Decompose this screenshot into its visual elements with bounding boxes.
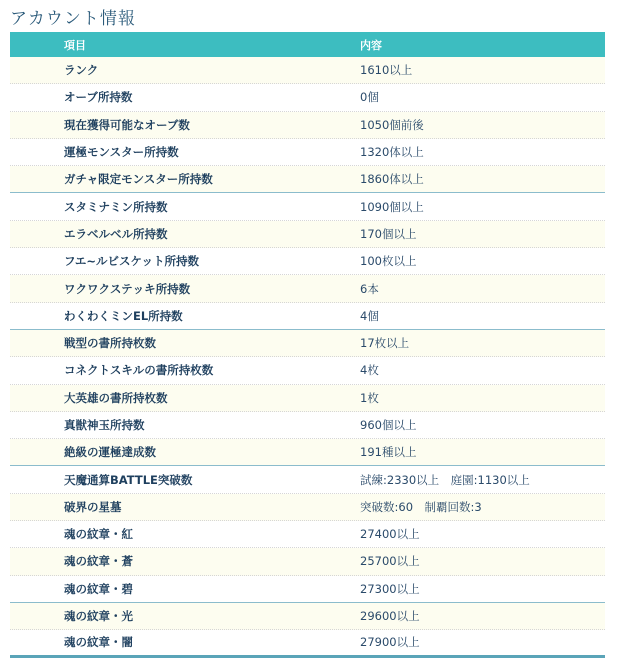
table-row: コネクトスキルの書所持枚数4枚 <box>10 357 605 384</box>
row-label: コネクトスキルの書所持枚数 <box>10 362 308 378</box>
row-value: 1090個以上 <box>308 199 605 215</box>
table-row: 天魔通算BATTLE突破数試練:2330以上 庭園:1130以上 <box>10 466 605 493</box>
table-row: エラベルベル所持数170個以上 <box>10 221 605 248</box>
row-label: 運極モンスター所持数 <box>10 144 308 160</box>
row-value: 27300以上 <box>308 581 605 597</box>
row-value: 1050個前後 <box>308 117 605 133</box>
row-label: 絶級の運極達成数 <box>10 444 308 460</box>
table-row: 魂の紋章・光29600以上 <box>10 603 605 630</box>
row-label: 魂の紋章・碧 <box>10 581 308 597</box>
row-label: わくわくミンEL所持数 <box>10 308 308 324</box>
page-title: アカウント情報 <box>10 4 136 29</box>
row-label: 大英雄の書所持枚数 <box>10 390 308 406</box>
row-label: エラベルベル所持数 <box>10 226 308 242</box>
row-value: 170個以上 <box>308 226 605 242</box>
row-label: フエ~ルビスケット所持数 <box>10 253 308 269</box>
table-row: 戦型の書所持枚数17枚以上 <box>10 330 605 357</box>
row-label: 魂の紋章・蒼 <box>10 553 308 569</box>
row-value: 27900以上 <box>308 634 605 650</box>
row-label: 魂の紋章・紅 <box>10 526 308 542</box>
row-label: 破界の星墓 <box>10 499 308 515</box>
table-row: 魂の紋章・闇27900以上 <box>10 630 605 657</box>
table-row: 真獣神玉所持数960個以上 <box>10 412 605 439</box>
row-label: ガチャ限定モンスター所持数 <box>10 171 308 187</box>
row-value: 960個以上 <box>308 417 605 433</box>
row-label: 戦型の書所持枚数 <box>10 335 308 351</box>
row-label: 真獣神玉所持数 <box>10 417 308 433</box>
account-info-table: 項目 内容 ランク1610以上 オーブ所持数0個 現在獲得可能なオーブ数1050… <box>10 32 605 658</box>
row-label: 天魔通算BATTLE突破数 <box>10 472 308 488</box>
table-row: 運極モンスター所持数1320体以上 <box>10 139 605 166</box>
row-value: 191種以上 <box>308 444 605 460</box>
row-label: 魂の紋章・闇 <box>10 634 308 650</box>
row-value: 25700以上 <box>308 553 605 569</box>
row-value: 27400以上 <box>308 526 605 542</box>
table-row: オーブ所持数0個 <box>10 84 605 111</box>
row-label: 現在獲得可能なオーブ数 <box>10 117 308 133</box>
row-value: 4個 <box>308 308 605 324</box>
table-row: 現在獲得可能なオーブ数1050個前後 <box>10 112 605 139</box>
table-row: 大英雄の書所持枚数1枚 <box>10 385 605 412</box>
row-value: 1320体以上 <box>308 144 605 160</box>
row-value: 1610以上 <box>308 62 605 78</box>
row-label: ランク <box>10 62 308 78</box>
row-label: スタミナミン所持数 <box>10 199 308 215</box>
row-value: 100枚以上 <box>308 253 605 269</box>
row-value: 6本 <box>308 281 605 297</box>
header-content: 内容 <box>308 37 605 53</box>
row-value: 1枚 <box>308 390 605 406</box>
row-value: 0個 <box>308 89 605 105</box>
table-row: スタミナミン所持数1090個以上 <box>10 193 605 220</box>
table-row: ランク1610以上 <box>10 57 605 84</box>
table-row: わくわくミンEL所持数4個 <box>10 303 605 330</box>
table-row: 絶級の運極達成数191種以上 <box>10 439 605 466</box>
table-row: 破界の星墓突破数:60 制覇回数:3 <box>10 494 605 521</box>
header-item: 項目 <box>10 37 308 53</box>
row-value: 1860体以上 <box>308 171 605 187</box>
row-label: 魂の紋章・光 <box>10 608 308 624</box>
table-row: 魂の紋章・碧27300以上 <box>10 576 605 603</box>
row-label: ワクワクステッキ所持数 <box>10 281 308 297</box>
table-header: 項目 内容 <box>10 32 605 57</box>
row-value: 突破数:60 制覇回数:3 <box>308 499 605 515</box>
row-value: 4枚 <box>308 362 605 378</box>
table-row: 魂の紋章・紅27400以上 <box>10 521 605 548</box>
table-row: フエ~ルビスケット所持数100枚以上 <box>10 248 605 275</box>
row-value: 29600以上 <box>308 608 605 624</box>
table-row: 魂の紋章・蒼25700以上 <box>10 548 605 575</box>
row-value: 試練:2330以上 庭園:1130以上 <box>308 472 605 488</box>
table-row: ワクワクステッキ所持数6本 <box>10 275 605 302</box>
row-value: 17枚以上 <box>308 335 605 351</box>
row-label: オーブ所持数 <box>10 89 308 105</box>
table-row: ガチャ限定モンスター所持数1860体以上 <box>10 166 605 193</box>
